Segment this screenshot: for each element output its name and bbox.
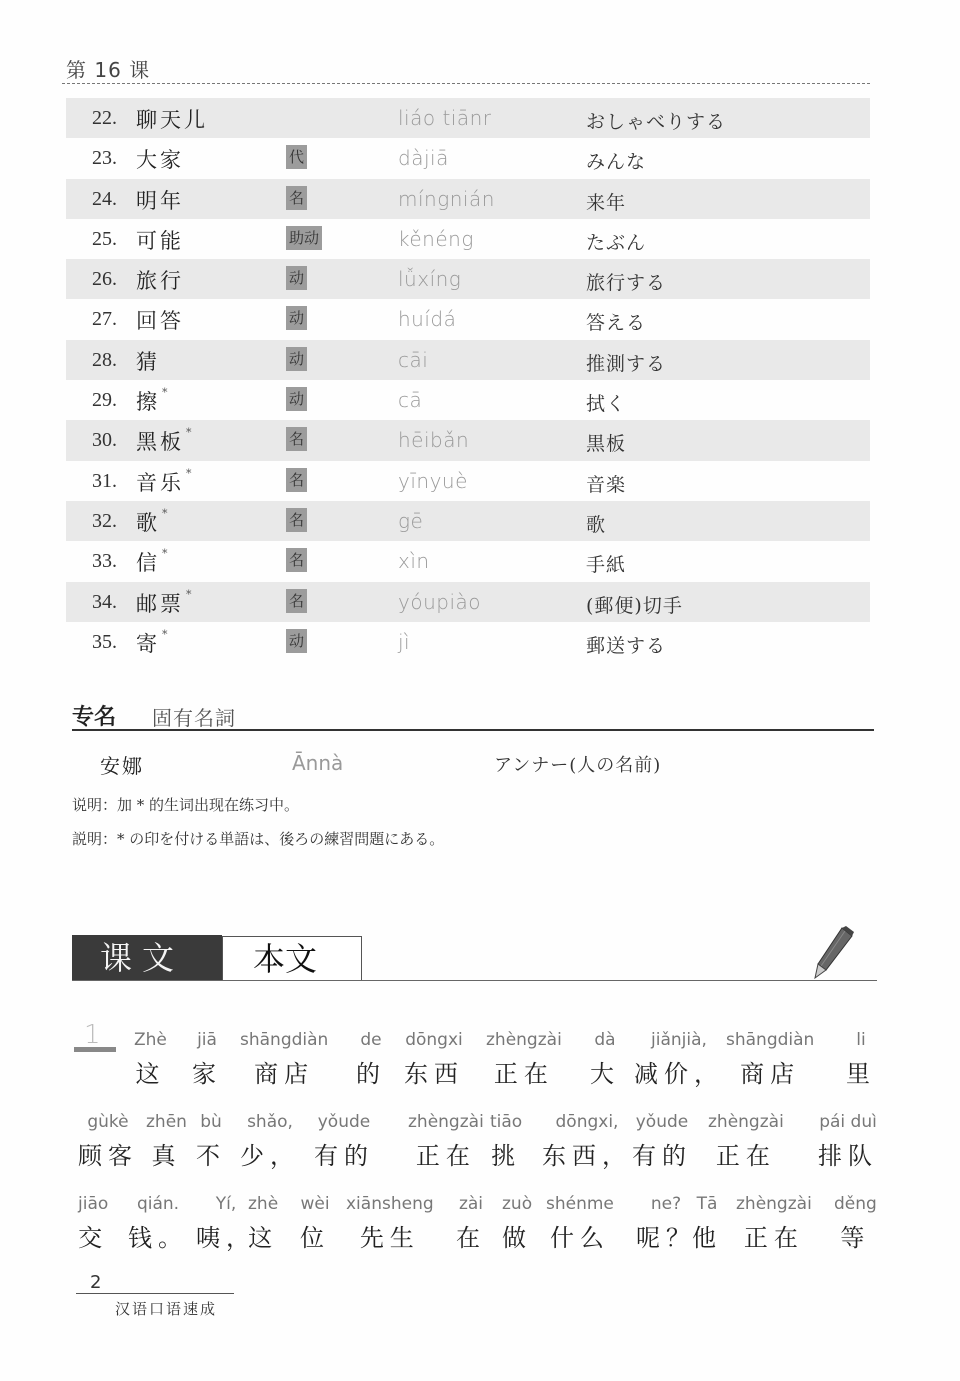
vocab-japanese: 拭く bbox=[586, 389, 626, 416]
part-of-speech-badge: 动 bbox=[286, 387, 307, 411]
vocab-row: 31.音乐*名yīnyuè音楽 bbox=[66, 461, 870, 501]
segment-hanzi: 真 bbox=[146, 1136, 187, 1171]
text-segment: jiā家 bbox=[192, 1030, 222, 1089]
text-segment: dōngxi,东西， bbox=[542, 1112, 632, 1171]
segment-hanzi: 东西 bbox=[404, 1054, 464, 1089]
segment-pinyin: zhèngzài bbox=[736, 1194, 812, 1218]
text-segment: yǒude有的 bbox=[314, 1112, 374, 1171]
segment-hanzi: 他 bbox=[692, 1218, 722, 1253]
vocab-number: 23. bbox=[92, 147, 117, 170]
vocab-word-text: 回答 bbox=[136, 309, 184, 333]
segment-pinyin: shénme bbox=[546, 1194, 614, 1218]
text-segment: dōngxi东西 bbox=[404, 1030, 464, 1089]
part-of-speech-badge: 动 bbox=[286, 347, 307, 371]
proper-nouns-divider bbox=[72, 729, 874, 731]
vocab-pinyin: xìn bbox=[398, 549, 430, 573]
vocab-pinyin: liáo tiānr bbox=[398, 106, 492, 130]
vocab-number: 33. bbox=[92, 550, 117, 573]
text-segment: jiǎnjià,减价， bbox=[634, 1030, 724, 1089]
segment-hanzi: 有的 bbox=[632, 1136, 692, 1171]
text-segment: bù不 bbox=[196, 1112, 226, 1171]
text-segment: zhèngzài正在 bbox=[736, 1194, 812, 1253]
vocab-row: 23.大家代dàjiāみんな bbox=[66, 138, 870, 178]
vocab-word: 回答 bbox=[136, 305, 184, 335]
vocab-row: 30.黑板*名hēibǎn黒板 bbox=[66, 420, 870, 460]
vocab-pinyin: jì bbox=[398, 630, 410, 654]
vocab-number: 24. bbox=[92, 188, 117, 211]
vocab-word: 歌* bbox=[136, 507, 168, 537]
vocab-pinyin: dàjiā bbox=[398, 146, 449, 170]
part-of-speech-badge: 动 bbox=[286, 629, 307, 653]
vocab-row: 27.回答动huídá答える bbox=[66, 299, 870, 339]
text-segment: ne?呢？ bbox=[636, 1194, 696, 1253]
text-line-2: gùkè顾客zhēn真bù不shǎo,少，yǒude有的zhèngzài正在ti… bbox=[78, 1112, 878, 1182]
vocab-word: 旅行 bbox=[136, 265, 184, 295]
lesson-text-title-jp: 本文 bbox=[222, 936, 362, 981]
segment-pinyin: zài bbox=[456, 1194, 486, 1218]
text-segment: qián.钱。 bbox=[128, 1194, 188, 1253]
segment-hanzi: 正在 bbox=[736, 1218, 812, 1253]
exercise-star-mark: * bbox=[162, 628, 168, 641]
book-title: 汉语口语速成 bbox=[115, 1298, 217, 1319]
vocab-row: 28.猜动cāi推測する bbox=[66, 340, 870, 380]
segment-hanzi: 做 bbox=[502, 1218, 532, 1253]
header-divider bbox=[62, 83, 870, 84]
vocab-pinyin: gē bbox=[398, 509, 423, 533]
vocab-word-text: 擦 bbox=[136, 390, 160, 414]
segment-hanzi: 东西， bbox=[542, 1136, 632, 1171]
vocab-number: 22. bbox=[92, 107, 117, 130]
vocab-row: 33.信*名xìn手紙 bbox=[66, 541, 870, 581]
segment-pinyin: dà bbox=[590, 1030, 620, 1054]
segment-hanzi: 这 bbox=[248, 1218, 278, 1253]
exercise-star-mark: * bbox=[186, 467, 192, 480]
vocab-row: 29.擦*动cā拭く bbox=[66, 380, 870, 420]
vocab-row: 32.歌*名gē歌 bbox=[66, 501, 870, 541]
text-segment: zhèngzài正在 bbox=[708, 1112, 784, 1171]
vocab-word: 大家 bbox=[136, 144, 184, 174]
vocab-word: 黑板* bbox=[136, 426, 192, 456]
text-segment: yǒude有的 bbox=[632, 1112, 692, 1171]
proper-noun-pinyin: Ānnà bbox=[292, 751, 343, 775]
vocab-japanese: 旅行する bbox=[586, 268, 666, 295]
vocab-row: 35.寄*动jì郵送する bbox=[66, 622, 870, 662]
exercise-star-mark: * bbox=[162, 507, 168, 520]
vocab-pinyin: cāi bbox=[398, 348, 428, 372]
segment-pinyin: xiānsheng bbox=[346, 1194, 434, 1218]
segment-pinyin: bù bbox=[196, 1112, 226, 1136]
vocab-number: 30. bbox=[92, 429, 117, 452]
vocab-pinyin: lǚxíng bbox=[398, 267, 461, 291]
vocab-japanese: 手紙 bbox=[586, 550, 626, 577]
vocab-word: 邮票* bbox=[136, 588, 192, 618]
segment-hanzi: 减价， bbox=[634, 1054, 724, 1089]
vocab-row: 34.邮票*名yóupiào(郵便)切手 bbox=[66, 582, 870, 622]
segment-hanzi: 正在 bbox=[486, 1054, 562, 1089]
vocab-word: 寄* bbox=[136, 628, 168, 658]
vocab-japanese: 推測する bbox=[586, 349, 666, 376]
segment-pinyin: tiāo bbox=[490, 1112, 522, 1136]
segment-pinyin: zhèngzài bbox=[486, 1030, 562, 1054]
part-of-speech-badge: 名 bbox=[286, 548, 307, 572]
vocab-number: 34. bbox=[92, 591, 117, 614]
segment-hanzi: 什么 bbox=[546, 1218, 614, 1253]
vocab-japanese: みんな bbox=[586, 147, 646, 174]
segment-pinyin: Tā bbox=[692, 1194, 722, 1218]
segment-hanzi: 钱。 bbox=[128, 1218, 188, 1253]
vocab-pinyin: kěnéng bbox=[398, 227, 474, 251]
note-japanese: 説明：* の印を付ける単語は、後ろの練習問題にある。 bbox=[72, 828, 444, 849]
proper-noun-japanese: アンナー(人の名前) bbox=[494, 751, 661, 777]
part-of-speech-badge: 名 bbox=[286, 468, 307, 492]
text-segment: shāngdiàn商店 bbox=[240, 1030, 328, 1089]
text-line-3: jiāo交qián.钱。Yí,咦，zhè这wèi位xiānsheng先生zài在… bbox=[78, 1194, 878, 1264]
vocab-pinyin: yīnyuè bbox=[398, 469, 468, 493]
segment-pinyin: qián. bbox=[128, 1194, 188, 1218]
segment-pinyin: jiāo bbox=[78, 1194, 108, 1218]
segment-hanzi: 交 bbox=[78, 1218, 108, 1253]
text-segment: Zhè这 bbox=[134, 1030, 167, 1089]
vocab-number: 32. bbox=[92, 510, 117, 533]
segment-pinyin: zhè bbox=[248, 1194, 278, 1218]
text-segment: shǎo,少， bbox=[240, 1112, 300, 1171]
vocab-pinyin: míngnián bbox=[398, 187, 495, 211]
vocab-japanese: 答える bbox=[586, 308, 646, 335]
segment-pinyin: shǎo, bbox=[240, 1112, 300, 1136]
segment-hanzi: 家 bbox=[192, 1054, 222, 1089]
segment-hanzi: 少， bbox=[240, 1136, 300, 1171]
footer-divider bbox=[76, 1293, 234, 1294]
segment-hanzi: 里 bbox=[846, 1054, 876, 1089]
part-of-speech-badge: 名 bbox=[286, 186, 307, 210]
text-segment: zhèngzài正在 bbox=[486, 1030, 562, 1089]
segment-hanzi: 在 bbox=[456, 1218, 486, 1253]
segment-hanzi: 大 bbox=[590, 1054, 620, 1089]
segment-pinyin: zhèngzài bbox=[408, 1112, 484, 1136]
vocab-pinyin: yóupiào bbox=[398, 590, 481, 614]
text-segment: de的 bbox=[356, 1030, 386, 1089]
segment-pinyin: gùkè bbox=[78, 1112, 138, 1136]
vocab-japanese: 歌 bbox=[586, 510, 606, 537]
text-segment: pái duì排队 bbox=[818, 1112, 878, 1171]
part-of-speech-badge: 名 bbox=[286, 589, 307, 613]
vocab-number: 25. bbox=[92, 228, 117, 251]
proper-nouns-subtitle: 固有名詞 bbox=[152, 702, 236, 731]
vocab-number: 27. bbox=[92, 308, 117, 331]
segment-hanzi: 有的 bbox=[314, 1136, 374, 1171]
segment-hanzi: 不 bbox=[196, 1136, 226, 1171]
note-chinese: 说明：加 * 的生词出现在练习中。 bbox=[72, 794, 299, 815]
part-of-speech-badge: 名 bbox=[286, 508, 307, 532]
vocab-number: 26. bbox=[92, 268, 117, 291]
vocab-word: 猜 bbox=[136, 346, 160, 376]
proper-nouns-title: 专名 bbox=[72, 700, 116, 731]
vocab-number: 29. bbox=[92, 389, 117, 412]
vocab-japanese: 来年 bbox=[586, 188, 626, 215]
vocab-pinyin: hēibǎn bbox=[398, 428, 469, 452]
exercise-star-mark: * bbox=[162, 386, 168, 399]
text-segment: Tā他 bbox=[692, 1194, 722, 1253]
segment-hanzi: 排队 bbox=[818, 1136, 878, 1171]
text-segment: zhèngzài正在 bbox=[408, 1112, 484, 1171]
vocab-word-text: 音乐 bbox=[136, 471, 184, 495]
vocab-word-text: 明年 bbox=[136, 189, 184, 213]
vocab-japanese: 郵送する bbox=[586, 631, 666, 658]
text-segment: dà大 bbox=[590, 1030, 620, 1089]
vocab-word-text: 歌 bbox=[136, 511, 160, 535]
text-segment: zhè这 bbox=[248, 1194, 278, 1253]
vocab-word: 聊天儿 bbox=[136, 104, 208, 134]
vocab-word-text: 黑板 bbox=[136, 430, 184, 454]
segment-hanzi: 等 bbox=[834, 1218, 877, 1253]
vocab-japanese: 黒板 bbox=[586, 429, 626, 456]
vocab-row: 25.可能助动kěnéngたぶん bbox=[66, 219, 870, 259]
vocab-word-text: 聊天儿 bbox=[136, 108, 208, 132]
segment-pinyin: zhèngzài bbox=[708, 1112, 784, 1136]
part-of-speech-badge: 助动 bbox=[286, 226, 322, 250]
vocab-pinyin: huídá bbox=[398, 307, 456, 331]
vocabulary-list: 22.聊天儿liáo tiānrおしゃべりする23.大家代dàjiāみんな24.… bbox=[66, 98, 870, 662]
text-segment: gùkè顾客 bbox=[78, 1112, 138, 1171]
vocab-word-text: 可能 bbox=[136, 229, 184, 253]
segment-hanzi: 位 bbox=[300, 1218, 330, 1253]
segment-pinyin: jiǎnjià, bbox=[634, 1030, 724, 1054]
segment-pinyin: wèi bbox=[300, 1194, 330, 1218]
segment-pinyin: shāngdiàn bbox=[240, 1030, 328, 1054]
part-of-speech-badge: 动 bbox=[286, 306, 307, 330]
segment-hanzi: 正在 bbox=[408, 1136, 484, 1171]
text-segment: li里 bbox=[846, 1030, 876, 1089]
exercise-star-mark: * bbox=[186, 426, 192, 439]
vocab-pinyin: cā bbox=[398, 388, 422, 412]
vocab-word-text: 猜 bbox=[136, 350, 160, 374]
page-number: 2 bbox=[90, 1272, 101, 1293]
segment-hanzi: 商店 bbox=[726, 1054, 814, 1089]
text-segment: tiāo挑 bbox=[490, 1112, 522, 1171]
vocab-row: 24.明年名míngnián来年 bbox=[66, 179, 870, 219]
text-segment: wèi位 bbox=[300, 1194, 330, 1253]
part-of-speech-badge: 代 bbox=[286, 145, 307, 169]
segment-pinyin: yǒude bbox=[632, 1112, 692, 1136]
segment-pinyin: zuò bbox=[502, 1194, 532, 1218]
segment-pinyin: de bbox=[356, 1030, 386, 1054]
vocab-number: 31. bbox=[92, 470, 117, 493]
vocab-word-text: 寄 bbox=[136, 632, 160, 656]
segment-hanzi: 顾客 bbox=[78, 1136, 138, 1171]
part-of-speech-badge: 动 bbox=[286, 266, 307, 290]
segment-pinyin: li bbox=[846, 1030, 876, 1054]
segment-pinyin: zhēn bbox=[146, 1112, 187, 1136]
segment-hanzi: 先生 bbox=[346, 1218, 434, 1253]
segment-pinyin: Yí, bbox=[196, 1194, 256, 1218]
text-segment: shāngdiàn商店 bbox=[726, 1030, 814, 1089]
text-segment: děng等 bbox=[834, 1194, 877, 1253]
segment-pinyin: dōngxi, bbox=[542, 1112, 632, 1136]
vocab-word-text: 大家 bbox=[136, 148, 184, 172]
exercise-star-mark: * bbox=[162, 547, 168, 560]
segment-pinyin: Zhè bbox=[134, 1030, 167, 1054]
vocab-japanese: (郵便)切手 bbox=[586, 591, 683, 618]
text-segment: xiānsheng先生 bbox=[346, 1194, 434, 1253]
text-segment: Yí,咦， bbox=[196, 1194, 256, 1253]
vocab-word-text: 旅行 bbox=[136, 269, 184, 293]
text-segment: zuò做 bbox=[502, 1194, 532, 1253]
segment-pinyin: shāngdiàn bbox=[726, 1030, 814, 1054]
segment-pinyin: dōngxi bbox=[404, 1030, 464, 1054]
text-line-1: Zhè这jiā家shāngdiàn商店de的dōngxi东西zhèngzài正在… bbox=[78, 1030, 878, 1100]
pencil-icon bbox=[812, 926, 858, 980]
segment-hanzi: 挑 bbox=[490, 1136, 522, 1171]
lesson-header: 第 16 课 bbox=[66, 54, 150, 83]
lesson-text-title-cn: 课文 bbox=[72, 935, 222, 981]
vocab-number: 35. bbox=[92, 631, 117, 654]
vocab-word: 擦* bbox=[136, 386, 168, 416]
text-segment: shénme什么 bbox=[546, 1194, 614, 1253]
exercise-star-mark: * bbox=[186, 588, 192, 601]
vocab-word: 可能 bbox=[136, 225, 184, 255]
vocab-row: 22.聊天儿liáo tiānrおしゃべりする bbox=[66, 98, 870, 138]
text-segment: jiāo交 bbox=[78, 1194, 108, 1253]
text-segment: zhēn真 bbox=[146, 1112, 187, 1171]
segment-pinyin: jiā bbox=[192, 1030, 222, 1054]
vocab-word: 信* bbox=[136, 547, 168, 577]
vocab-japanese: おしゃべりする bbox=[586, 107, 726, 134]
segment-pinyin: pái duì bbox=[818, 1112, 878, 1136]
segment-hanzi: 呢？ bbox=[636, 1218, 696, 1253]
segment-hanzi: 的 bbox=[356, 1054, 386, 1089]
vocab-word-text: 信 bbox=[136, 551, 160, 575]
segment-hanzi: 这 bbox=[134, 1054, 167, 1089]
vocab-row: 26.旅行动lǚxíng旅行する bbox=[66, 259, 870, 299]
lesson-text-divider bbox=[72, 980, 877, 981]
segment-pinyin: yǒude bbox=[314, 1112, 374, 1136]
segment-hanzi: 正在 bbox=[708, 1136, 784, 1171]
vocab-word: 音乐* bbox=[136, 467, 192, 497]
vocab-word-text: 邮票 bbox=[136, 592, 184, 616]
proper-noun-word: 安娜 bbox=[100, 750, 144, 779]
segment-hanzi: 商店 bbox=[240, 1054, 328, 1089]
part-of-speech-badge: 名 bbox=[286, 427, 307, 451]
vocab-japanese: 音楽 bbox=[586, 470, 626, 497]
text-segment: zài在 bbox=[456, 1194, 486, 1253]
segment-hanzi: 咦， bbox=[196, 1218, 256, 1253]
vocab-word: 明年 bbox=[136, 185, 184, 215]
segment-pinyin: ne? bbox=[636, 1194, 696, 1218]
vocab-japanese: たぶん bbox=[586, 228, 646, 255]
vocab-number: 28. bbox=[92, 349, 117, 372]
segment-pinyin: děng bbox=[834, 1194, 877, 1218]
